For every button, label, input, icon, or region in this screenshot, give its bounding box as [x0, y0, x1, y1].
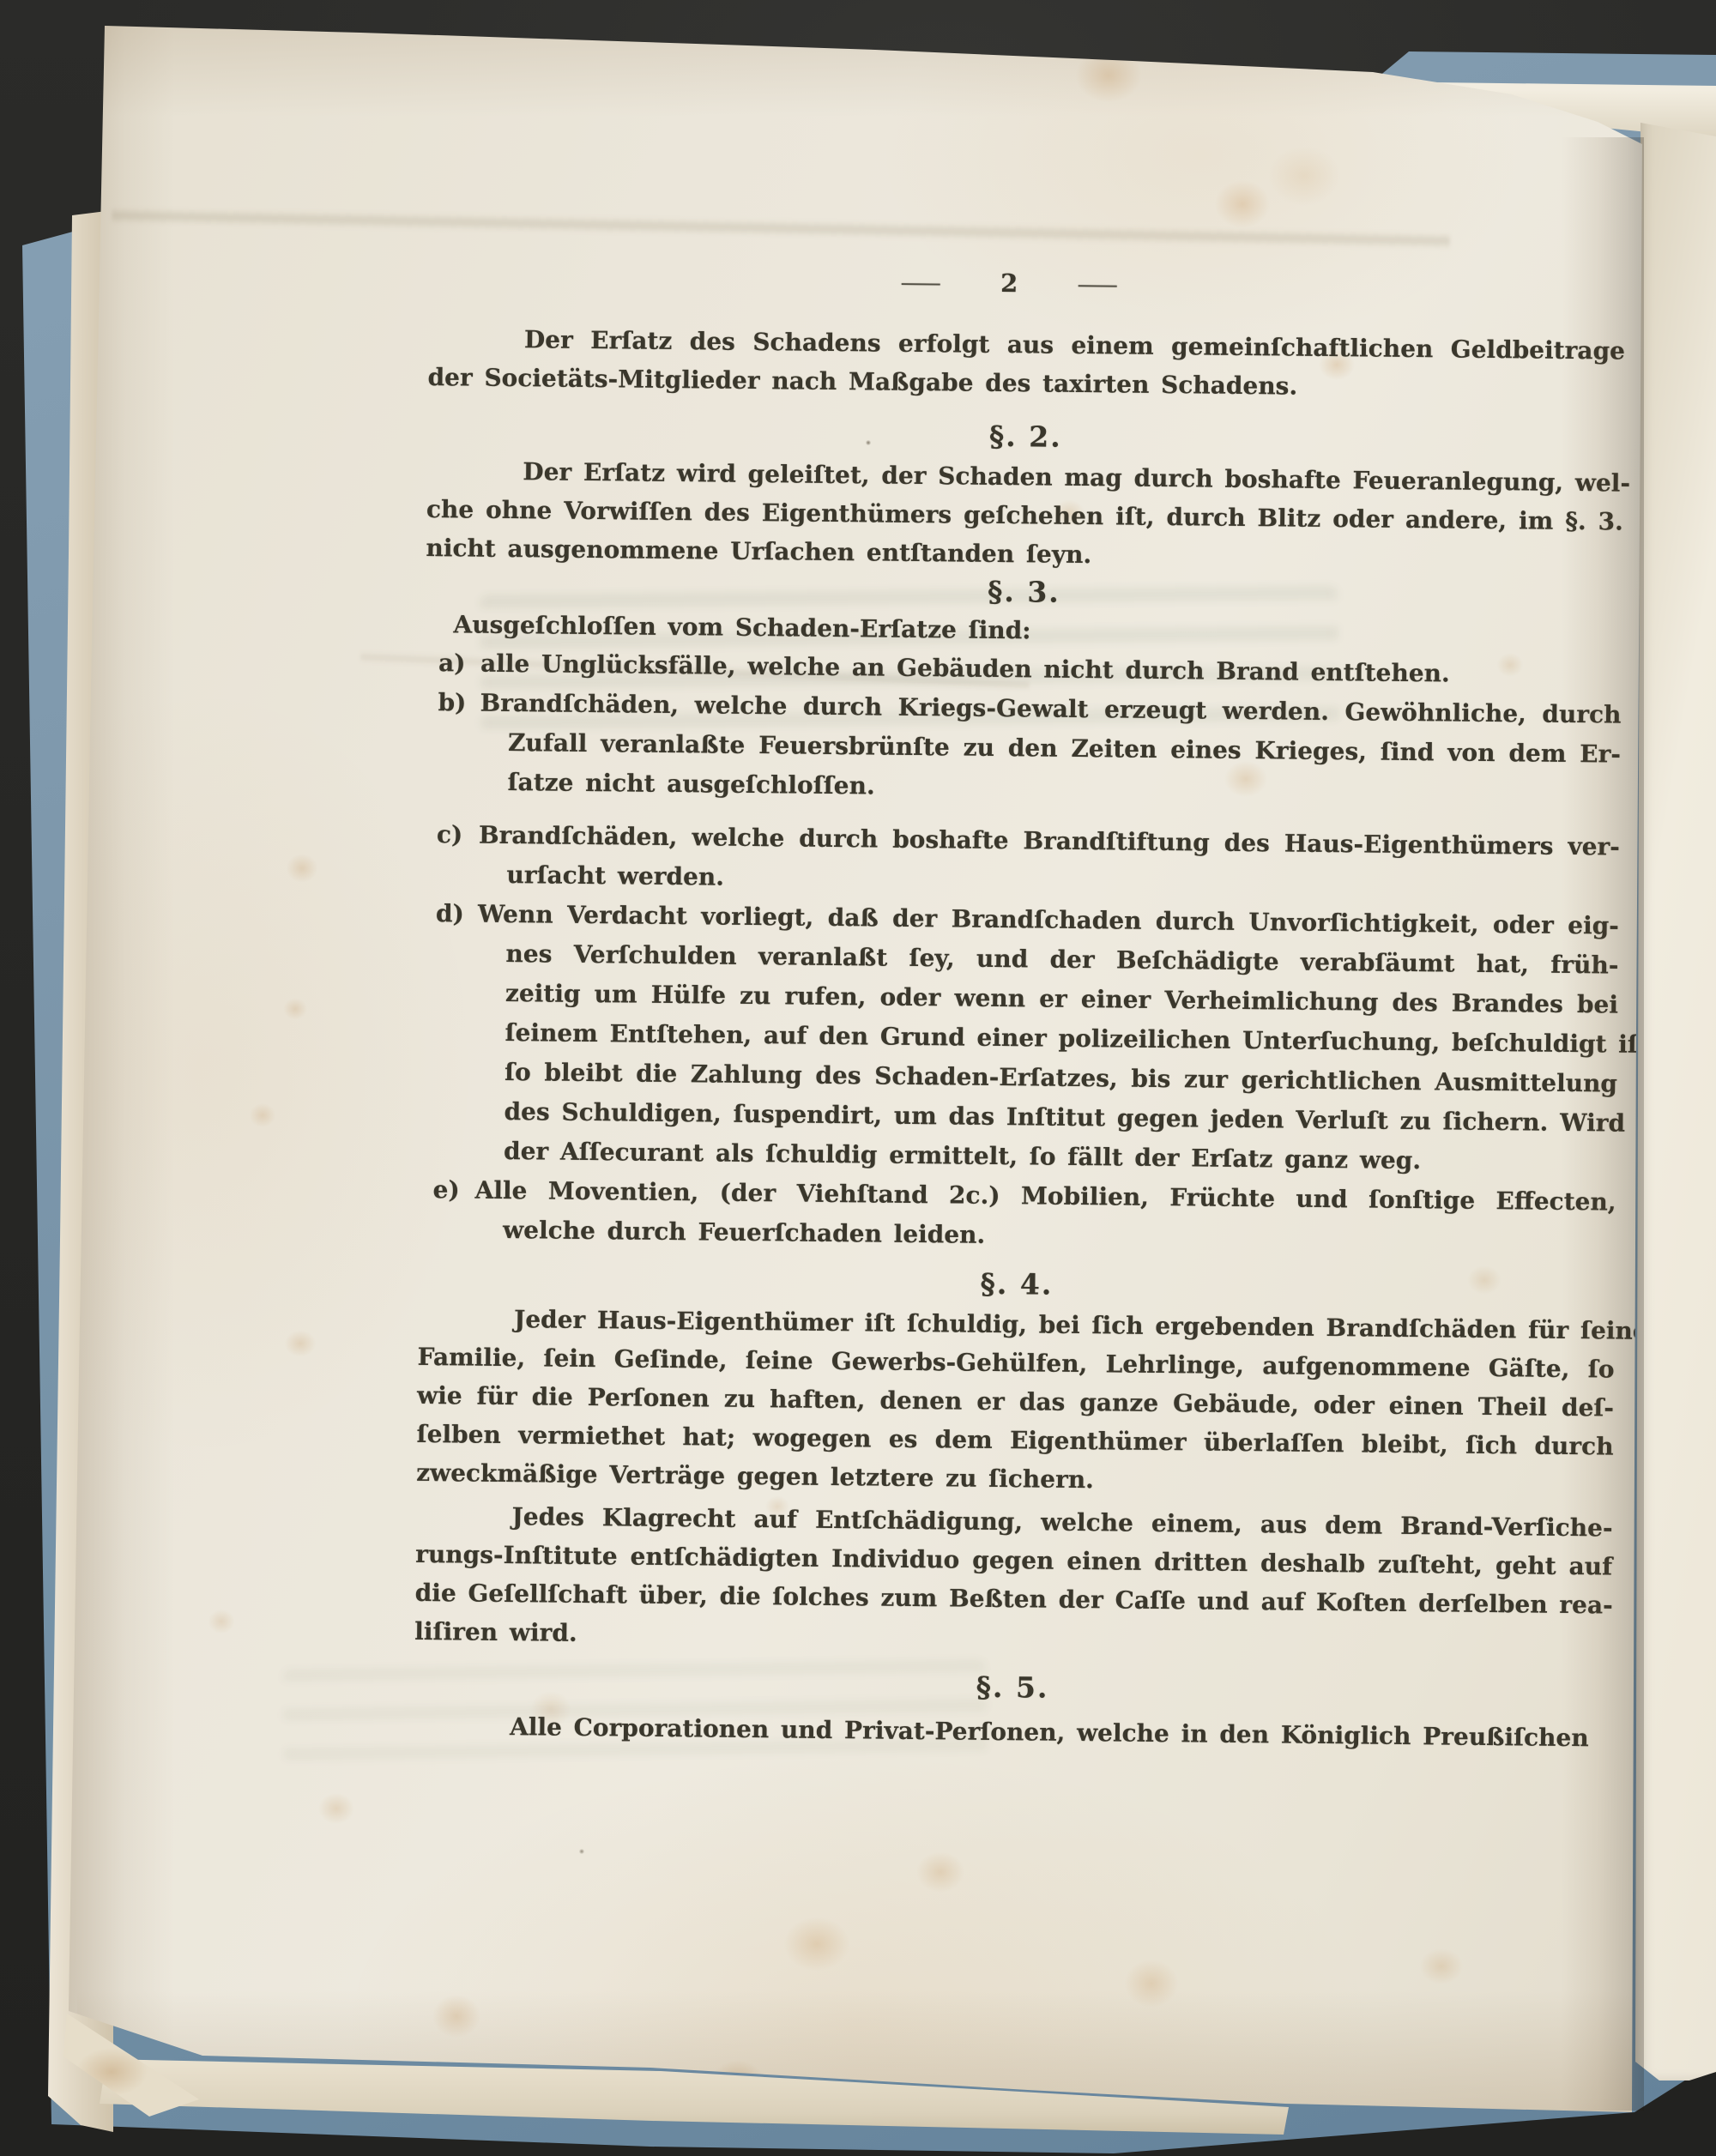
book-page: — 2 — Der Erſatz des Schadens erfolgt au… [0, 0, 1716, 2156]
page-text: — 2 — Der Erſatz des Schadens erfolgt au… [414, 257, 1626, 1758]
item-label: a) [438, 643, 480, 684]
list-item-d: d)Wenn Verdacht vorliegt, daß der Brandſ… [420, 894, 1619, 1183]
section-4-paragraph-2: Jedes Klagrecht auf Entſchädigung, welch… [414, 1496, 1613, 1664]
item-label: d) [436, 894, 478, 934]
item-label: c) [437, 815, 479, 855]
item-text: Brandſchäden, welche durch Kriegs-Gewalt… [480, 689, 1621, 729]
section-heading-5: §. 5. [414, 1663, 1610, 1713]
item-text: Alle Moventien, (der Viehſtand 2c.) Mobi… [474, 1176, 1616, 1217]
list-item-b: b)Brandſchäden, welche durch Kriegs-Gewa… [423, 683, 1621, 814]
gutter-shadow [1562, 137, 1644, 2111]
folio-right-rule: — [1076, 269, 1119, 299]
folio-left-rule: — [900, 268, 943, 298]
book-scan: — 2 — Der Erſatz des Schadens erfolgt au… [0, 0, 1716, 2156]
item-text: Wenn Verdacht vorliegt, daß der Brandſch… [478, 900, 1619, 940]
item-label: e) [432, 1170, 474, 1211]
folio-number: 2 [1000, 269, 1018, 298]
section-4-paragraph-1: Jeder Haus-Eigenthümer iſt ſchuldig, bei… [416, 1299, 1615, 1505]
item-label: b) [438, 683, 480, 723]
intro-paragraph: Der Erſatz des Schadens erfolgt aus eine… [427, 319, 1625, 409]
list-item-e: e)Alle Moventien, (der Viehſtand 2c.) Mo… [419, 1170, 1616, 1262]
item-text: alle Unglücksfälle, welche an Gebäuden n… [480, 649, 1450, 688]
item-text: Brandſchäden, welche durch boshafte Bran… [479, 821, 1620, 861]
section-2-paragraph: Der Erſatz wird geleiſtet, der Schaden m… [426, 451, 1623, 580]
list-item-c: c)Brandſchäden, welche durch boshafte Br… [422, 815, 1620, 907]
